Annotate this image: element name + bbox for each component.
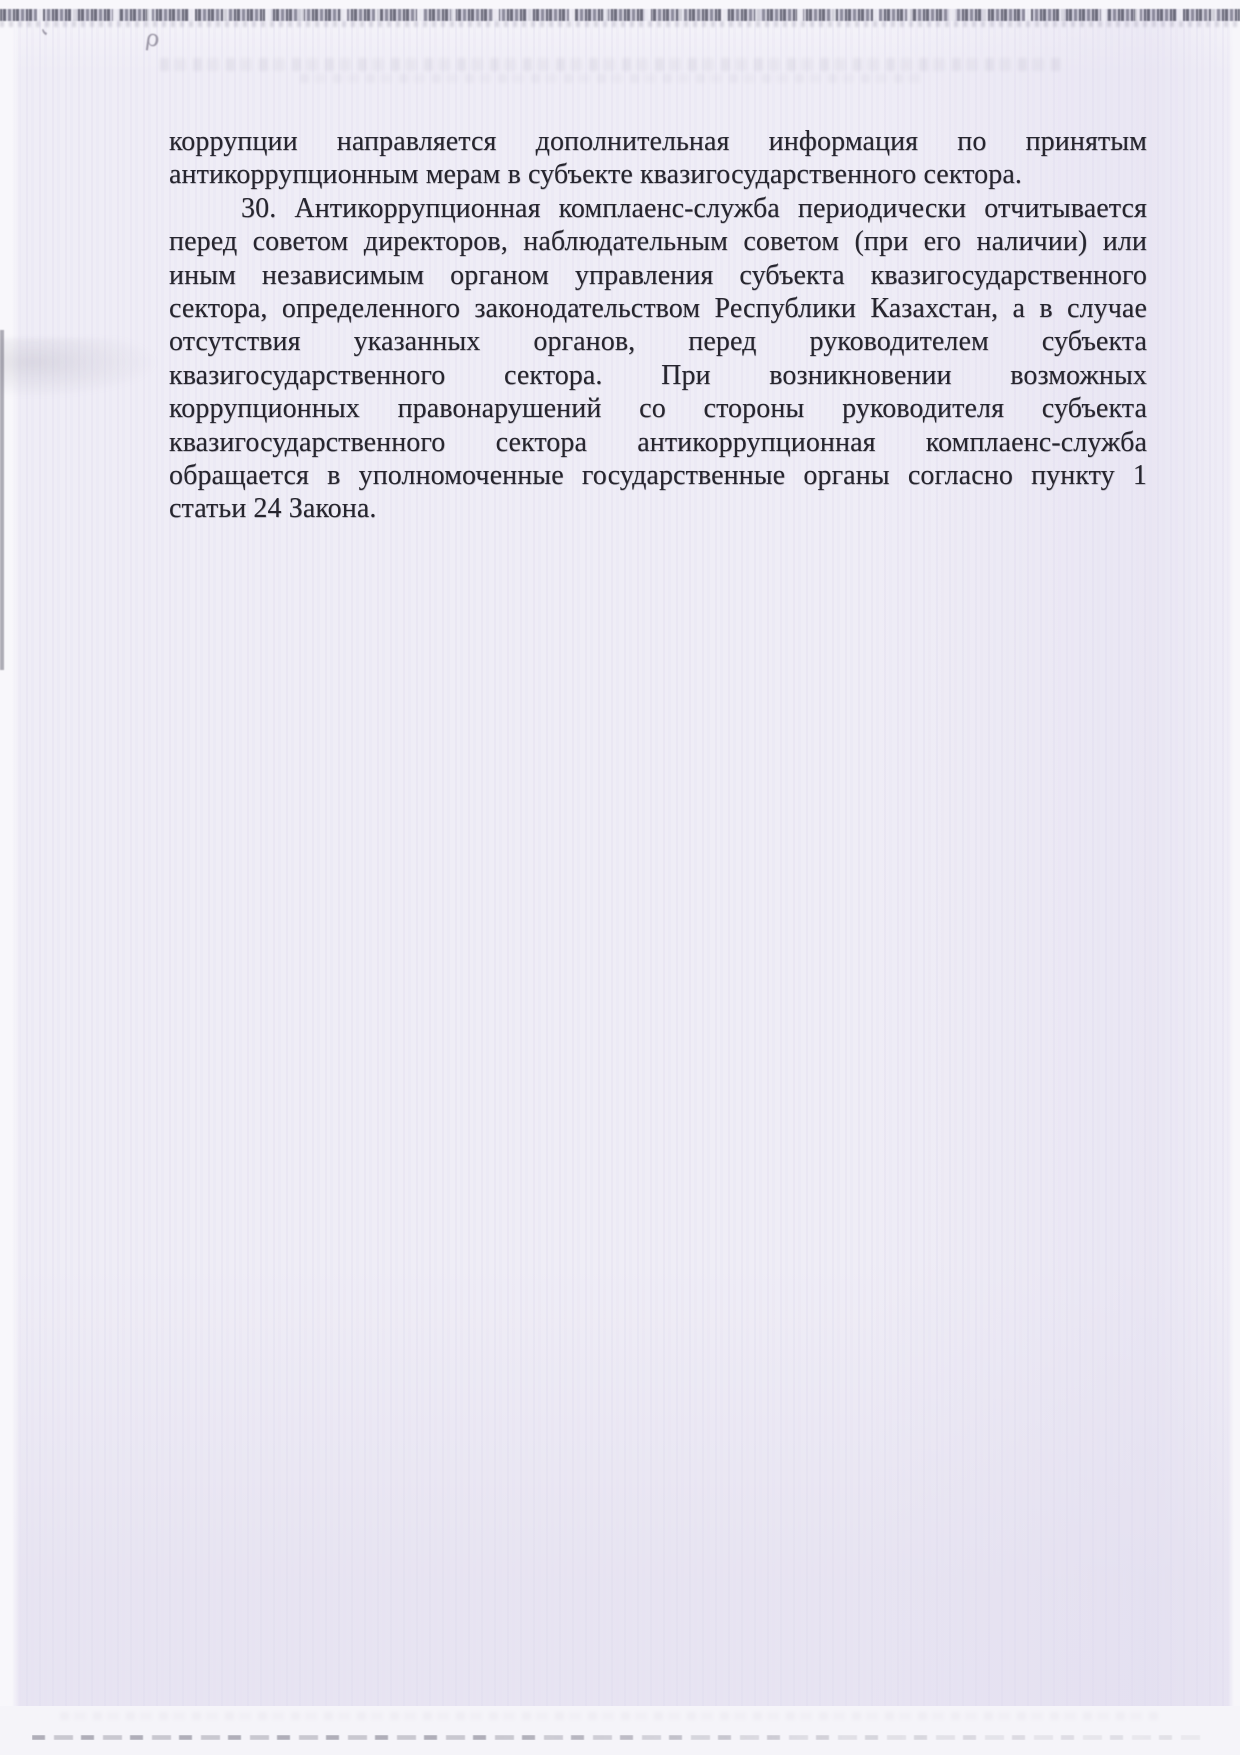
scanner-noise-fade (0, 21, 1240, 27)
pencil-mark: ‚ (38, 27, 67, 46)
bleedthrough-ghost-line (60, 1712, 1160, 1720)
pencil-mark: ρ (144, 25, 161, 53)
text-line: сектора, определенного законодательством… (169, 292, 1147, 325)
text-line: обращается в уполномоченные государствен… (169, 459, 1147, 492)
scanned-page: ‚ ρ коррупции направляется дополнительна… (0, 0, 1240, 1755)
bleedthrough-ghost-line (32, 1735, 1202, 1740)
scan-edge-top (0, 0, 1240, 9)
scan-smudge (0, 338, 160, 398)
text-line: коррупционных правонарушений со стороны … (169, 392, 1147, 425)
bleedthrough-ghost-line (160, 58, 1060, 71)
scan-edge-left (0, 0, 20, 1755)
text-line: квазигосударственного сектора. При возни… (169, 359, 1147, 392)
text-line: квазигосударственного сектора антикорруп… (169, 426, 1147, 459)
text-line: 30. Антикоррупционная комплаенс-служба п… (169, 192, 1147, 225)
text-line: отсутствия указанных органов, перед руко… (169, 325, 1147, 358)
bleedthrough-ghost-line (300, 74, 920, 83)
text-line: перед советом директоров, наблюдательным… (169, 225, 1147, 258)
scan-edge-right (1228, 0, 1240, 1755)
scanner-noise-band (0, 9, 1240, 21)
text-line: иным независимым органом управления субъ… (169, 259, 1147, 292)
body-text: коррупции направляется дополнительная ин… (169, 125, 1147, 526)
text-line: коррупции направляется дополнительная ин… (169, 125, 1147, 158)
text-line: статьи 24 Закона. (169, 492, 1147, 525)
text-line: антикоррупционным мерам в субъекте квази… (169, 158, 1147, 191)
scan-edge-artifact (0, 330, 4, 670)
